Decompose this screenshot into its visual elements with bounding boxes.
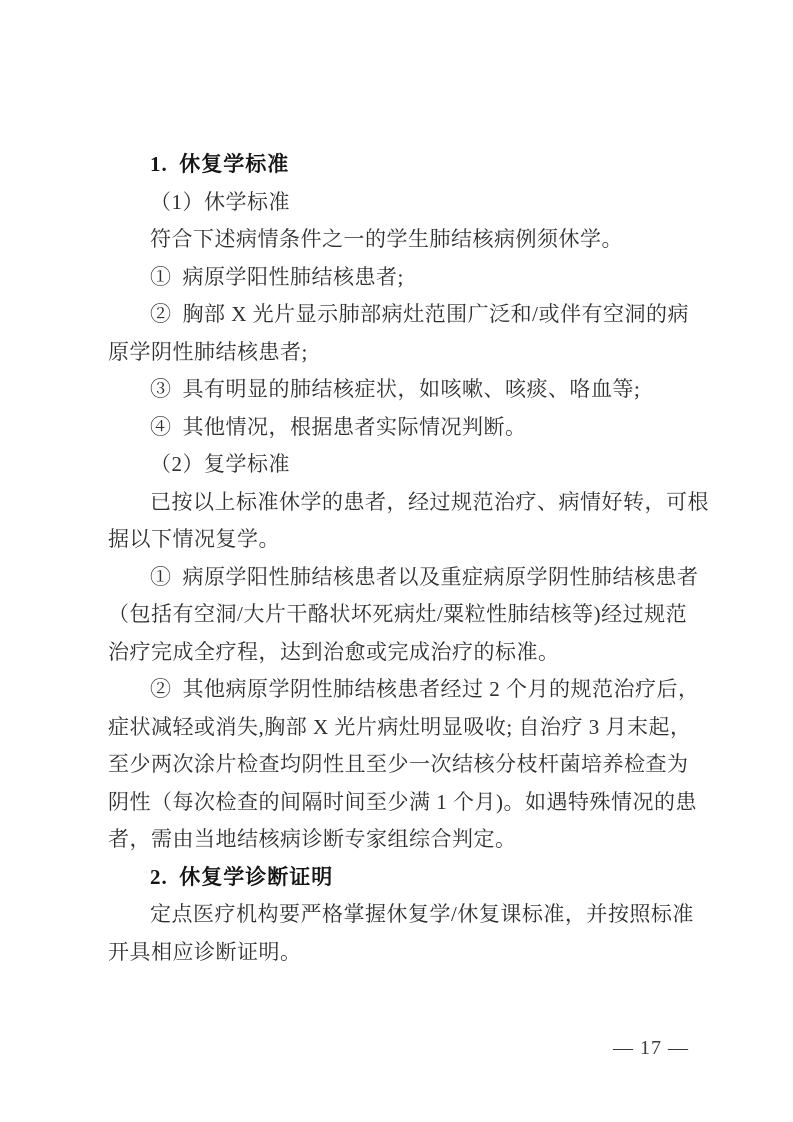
text-line: （包括有空洞/大片干酪状坏死病灶/粟粒性肺结核等)经过规范 (108, 596, 690, 634)
text-line: 治疗完成全疗程，达到治愈或完成治疗的标准。 (108, 634, 690, 672)
section-heading: 1. 休复学标准 (108, 146, 690, 184)
text-line: ④ 其他情况，根据患者实际情况判断。 (108, 409, 690, 447)
text-line: （2）复学标准 (108, 446, 690, 484)
page-number: — 17 — (613, 1034, 689, 1062)
text-line: （1）休学标准 (108, 184, 690, 222)
text-line: 已按以上标准休学的患者，经过规范治疗、病情好转，可根 (108, 484, 690, 522)
document-page: 1. 休复学标准（1）休学标准符合下述病情条件之一的学生肺结核病例须休学。① 病… (0, 0, 793, 1122)
text-line: ③ 具有明显的肺结核症状，如咳嗽、咳痰、咯血等; (108, 371, 690, 409)
text-line: ① 病原学阳性肺结核患者以及重症病原学阴性肺结核患者 (108, 559, 690, 597)
text-line: 符合下述病情条件之一的学生肺结核病例须休学。 (108, 221, 690, 259)
document-body: 1. 休复学标准（1）休学标准符合下述病情条件之一的学生肺结核病例须休学。① 病… (108, 146, 690, 971)
text-line: 定点医疗机构要严格掌握休复学/休复课标准，并按照标准 (108, 896, 690, 934)
section-heading: 2. 休复学诊断证明 (108, 859, 690, 897)
text-line: 者，需由当地结核病诊断专家组综合判定。 (108, 821, 690, 859)
text-line: ① 病原学阳性肺结核患者; (108, 259, 690, 297)
text-line: 至少两次涂片检查均阴性且至少一次结核分枝杆菌培养检查为 (108, 746, 690, 784)
text-line: ② 胸部 X 光片显示肺部病灶范围广泛和/或伴有空洞的病 (108, 296, 690, 334)
text-line: 原学阴性肺结核患者; (108, 334, 690, 372)
text-line: 症状减轻或消失,胸部 X 光片病灶明显吸收; 自治疗 3 月末起， (108, 709, 690, 747)
text-line: 据以下情况复学。 (108, 521, 690, 559)
text-line: 开具相应诊断证明。 (108, 934, 690, 972)
text-line: 阴性（每次检查的间隔时间至少满 1 个月)。如遇特殊情况的患 (108, 784, 690, 822)
text-line: ② 其他病原学阴性肺结核患者经过 2 个月的规范治疗后， (108, 671, 690, 709)
